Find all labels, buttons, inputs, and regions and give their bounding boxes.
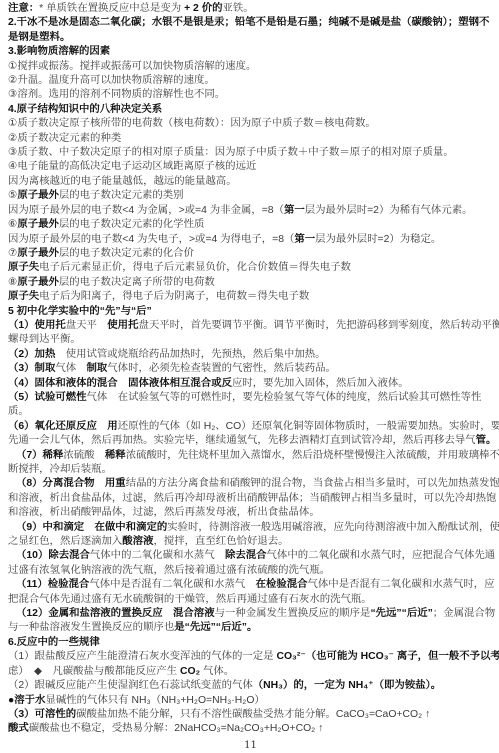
text-run: 亚铁。	[222, 3, 253, 14]
text-line: （5）试验可燃性气体 在试验氢气等的可燃性时，要先检验氢气等气体的纯度，然后试验…	[8, 391, 493, 405]
text-line: （3）制取气体 制取气体时，必须先检查装置的气密性，然后装药品。	[8, 362, 493, 376]
text-run: 质。	[8, 406, 29, 417]
text-run: 酸溶液	[122, 536, 153, 547]
text-run: 因为原子最外层的电子数<4 为金属，>或=4 为非金属，=8（	[8, 205, 284, 216]
text-run: 还原性的气体（如 H₂、CO）还原氧化铜等固体物质时，一般需要加热。实验时，要	[118, 421, 499, 432]
text-run: 4.原子结构知识中的八种决定关系	[8, 104, 162, 115]
text-run: 5 初中化学实验中的“先”与“后”	[8, 306, 152, 317]
text-run: ③溶剂。选用的溶剂不同物质的溶解性也不同。	[8, 89, 225, 100]
text-run: 电子后元素显正价，得电子后元素显负价，化合价数值＝得失电子数	[39, 262, 351, 273]
text-run: * 单质铁在置换反应中总是变为	[39, 3, 184, 14]
text-run: 混合溶液	[173, 608, 215, 619]
text-run: 浓硫酸时，先往烧杯里加入蒸馏水，然后沿烧杯壁慢慢注入浓硫酸，并用玻璃棒不	[126, 450, 499, 461]
text-run: 浓硫酸	[63, 450, 105, 461]
text-run: 断搅拌，冷却后装瓶。	[8, 464, 112, 475]
text-line: 螺母到达平衡。	[8, 333, 493, 347]
text-run: 3.影响物质溶解的因素	[8, 46, 110, 57]
text-line: ⑥原子最外层的电子数决定元素的化学性质	[8, 218, 493, 232]
text-run: ②质子数决定元素的种类	[8, 133, 121, 144]
text-run: （12）金属和盐溶液的置换反应	[16, 608, 163, 619]
text-run: 层的电子数决定元素的化学性质	[59, 219, 204, 230]
text-line: 6.反应中的一些规律	[8, 636, 493, 650]
text-run: 原子最外	[17, 219, 59, 230]
text-run: 因为离核越近的电子能量越低，越远的能量越高。	[8, 176, 237, 187]
text-line: （3）可溶性的碳酸盐加热不能分解，只有不溶性碳酸盐受热才能分解。CaCO₃=Ca…	[8, 708, 493, 722]
text-run: 管。	[476, 435, 497, 446]
text-run: 使用试管或烧瓶给药品加热时，先预热，然后集中加热。	[55, 349, 325, 360]
text-line: 和溶液，析出硝酸钾晶体，过滤，然后再蒸发母液，析出食盐晶体。	[8, 506, 493, 520]
text-run: 和溶液，析出硝酸钾晶体，过滤，然后再蒸发母液，析出食盐晶体。	[8, 507, 320, 518]
text-run: + 2 价的	[184, 3, 222, 14]
text-run: 第一	[284, 205, 305, 216]
text-line: 过盛有浓氢氧化钠溶液的洗气瓶，然后接着通过盛有浓硫酸的洗气瓶。	[8, 564, 493, 578]
text-run: 使用托	[107, 320, 138, 331]
text-run: （3）可溶性的	[8, 709, 76, 720]
text-run: 第一	[294, 234, 315, 245]
text-run: 原子失	[8, 291, 39, 302]
text-run: 原子失	[8, 262, 39, 273]
text-line: （2）跟碱反应能产生使湿润红色石蕊试纸变蓝的气体（NH₃）的，一定为 NH₄⁺（…	[8, 679, 493, 693]
text-run: 和溶液，析出食盐晶体，过滤，然后再冷却母液析出硝酸钾晶体；当硝酸钾占相当多量时，…	[8, 493, 496, 504]
text-run: 层的电子数决定元素的化合价	[59, 248, 194, 259]
text-run: （NH₃）的，一定为 NH₄⁺（即为铵盐）。	[253, 680, 441, 691]
text-run: 层为最外层时=2）为稀有气体元素。	[305, 205, 473, 216]
text-line: （1）使用托盘天平 使用托盘天平时，首先要调节平衡。调节平衡时，先把游码移到零刻…	[8, 319, 493, 333]
text-run: 因为原子最外层的电子数<4 为失电子，>或=4 为得电子，=8（	[8, 234, 294, 245]
text-run: 结晶的方法分离食盐和硝酸钾的混合物，当食盐占相当多量时，可以先加热蒸发饱	[126, 478, 499, 489]
text-run: 先通一会儿气体，然后再加热。实验完毕，继续通氢气，先移去酒精灯直到试管冷却，然后…	[8, 435, 476, 446]
text-run: （5）试验可燃性	[8, 392, 87, 403]
text-run: （8）分离混合物	[16, 478, 95, 489]
text-line: 因为原子最外层的电子数<4 为失电子，>或=4 为得电子，=8（第一层为最外层时…	[8, 233, 493, 247]
text-run: 固体液体相互混合或反	[128, 378, 232, 389]
text-run: 之显红色，然后逐滴加入	[8, 536, 122, 547]
text-line: ③质子数、中子数决定原子的相对原子质量：因为原子中质子数＋中子数＝原子的相对原子…	[8, 146, 493, 160]
text-run: 酸式	[8, 723, 29, 734]
text-run: 除去混合	[225, 550, 267, 561]
text-run: ④电子能量的高低决定电子运动区域距离原子核的远近	[8, 161, 256, 172]
text-line: 5 初中化学实验中的“先”与“后”	[8, 305, 493, 319]
text-run: 显碱性的气体只有 NH₃（NH₃+H₂O=NH₃·H₂O）	[45, 695, 264, 706]
text-run: ①质子数决定原子核所带的电荷数（核电荷数）：因为原子中质子数＝核电荷数。	[8, 118, 376, 129]
text-line: 把混合气体先通过盛有无水硫酸铜的干燥管，然后再通过盛有石灰水的洗气瓶。	[8, 593, 493, 607]
text-run: （1）使用托	[8, 320, 66, 331]
text-run: 层的电子数决定离子所带的电荷数	[59, 277, 215, 288]
text-line: 虑） ◆ 凡碳酸盐与酸都能反应产生 CO₂ 气体。	[8, 665, 493, 679]
text-line: （10）除去混合气体中的二氧化碳和水蒸气 除去混合气体中的二氧化碳和水蒸气时，应…	[8, 549, 493, 563]
text-line: （2）加热 使用试管或烧瓶给药品加热时，先预热，然后集中加热。	[8, 348, 493, 362]
text-line: 原子失电子后为阳离子，得电子后为阴离子，电荷数＝得失电子数	[8, 290, 493, 304]
text-run: ，搅拌，直至红色恰好退去。	[153, 536, 288, 547]
text-line: 之显红色，然后逐滴加入酸溶液，搅拌，直至红色恰好退去。	[8, 535, 493, 549]
text-run: 注意：	[8, 3, 39, 14]
text-line: ③溶剂。选用的溶剂不同物质的溶解性也不同。	[8, 88, 493, 102]
text-run: 层为最外层时=2）为稳定。	[315, 234, 441, 245]
text-run: ⑦	[8, 248, 17, 259]
text-run: 实验时，待测溶液一般选用碱溶液，应先向待测溶液中加入酚酞试剂，使	[167, 522, 499, 533]
text-line: 注意：* 单质铁在置换反应中总是变为 + 2 价的亚铁。	[8, 2, 493, 16]
text-run: 与一种盐溶液发生置换反应的顺序也	[8, 622, 174, 633]
text-run: ③质子数、中子数决定原子的相对原子质量：因为原子中质子数＋中子数＝原子的相对原子…	[8, 147, 454, 158]
text-run: 原子最外	[17, 277, 59, 288]
text-run: 螺母到达平衡。	[8, 334, 81, 345]
text-run: 气体中是否混有二氧化碳和水蒸气	[89, 579, 255, 590]
text-run	[95, 478, 105, 489]
text-line: 4.原子结构知识中的八种决定关系	[8, 103, 493, 117]
text-line: ②质子数决定元素的种类	[8, 132, 493, 146]
text-line: ⑤原子最外层的电子数决定元素的类别	[8, 189, 493, 203]
text-run: ●溶于水	[8, 695, 45, 706]
text-run	[97, 421, 107, 432]
text-line: （8）分离混合物 用重结晶的方法分离食盐和硝酸钾的混合物，当食盐占相当多量时，可…	[8, 477, 493, 491]
text-line: 先通一会儿气体，然后再加热。实验完毕，继续通氢气，先移去酒精灯直到试管冷却，然后…	[8, 434, 493, 448]
text-line: ①搅拌或振荡。搅拌或振荡可以加快物质溶解的速度。	[8, 60, 493, 74]
text-run: （6）氧化还原反应	[8, 421, 97, 432]
text-line: 和溶液，析出食盐晶体，过滤，然后再冷却母液析出硝酸钾晶体；当硝酸钾占相当多量时，…	[8, 492, 493, 506]
text-run: “先远”“后近”	[370, 608, 432, 619]
text-run: （2）加热	[8, 349, 55, 360]
text-run: 气体中是否混有二氧化碳和水蒸气时，应	[308, 579, 495, 590]
text-line: 是钢是塑料。	[8, 31, 493, 45]
text-line: ①质子数决定原子核所带的电荷数（核电荷数）：因为原子中质子数＝核电荷数。	[8, 117, 493, 131]
text-line: 因为原子最外层的电子数<4 为金属，>或=4 为非金属，=8（第一层为最外层时=…	[8, 204, 493, 218]
text-run: 气体 在试验氢气等的可燃性时，要先检验氢气等气体的纯度，然后试验其可燃性等性	[87, 392, 482, 403]
text-line: ⑧原子最外层的电子数决定离子所带的电荷数	[8, 276, 493, 290]
text-run: CO₃²⁻（也可能为 HCO₃⁻ 离子，但一般不予以考	[276, 651, 499, 662]
text-run: 把混合气体先通过盛有无水硫酸铜的干燥管，然后再通过盛有石灰水的洗气瓶。	[8, 594, 372, 605]
text-run: 原子最外	[17, 190, 59, 201]
text-run: 应时，要先加入固体，然后加入液体。	[232, 378, 409, 389]
text-run: （11）检验混合	[16, 579, 89, 590]
text-run: 用重	[105, 478, 126, 489]
text-line: 断搅拌，冷却后装瓶。	[8, 463, 493, 477]
text-run	[163, 608, 173, 619]
text-run: 6.反应中的一些规律	[8, 637, 100, 648]
text-run: ；金属混合物	[433, 608, 495, 619]
text-run: 层的电子数决定元素的类别	[59, 190, 184, 201]
text-run: （3）制取	[8, 363, 55, 374]
page-number: 11	[8, 739, 493, 753]
text-run: ⑥	[8, 219, 17, 230]
text-run	[84, 522, 94, 533]
text-line: （7）稀释浓硫酸 稀释浓硫酸时，先往烧杯里加入蒸馏水，然后沿烧杯壁慢慢注入浓硫酸…	[8, 449, 493, 463]
text-line: 因为离核越近的电子能量越低，越远的能量越高。	[8, 175, 493, 189]
text-run	[118, 378, 128, 389]
text-line: （6）氧化还原反应 用还原性的气体（如 H₂、CO）还原氧化铜等固体物质时，一般…	[8, 420, 493, 434]
text-line: （1）跟盐酸反应产生能澄清石灰水变浑浊的气体的一定是 CO₃²⁻（也可能为 HC…	[8, 650, 493, 664]
text-run: 2.干冰不是冰是固态二氧化碳；水银不是银是汞；铅笔不是铅是石墨；纯碱不是碱是盐（…	[8, 17, 489, 28]
text-run: （1）跟盐酸反应产生能澄清石灰水变浑浊的气体的一定是	[8, 651, 276, 662]
text-run: （9）中和滴定	[16, 522, 84, 533]
text-run: ②升温。温度升高可以加快物质溶解的速度。	[8, 75, 215, 86]
text-run: 气体时，必须先检查装置的气密性，然后装药品。	[107, 363, 336, 374]
text-line: 3.影响物质溶解的因素	[8, 45, 493, 59]
text-run: （7）稀释	[16, 450, 63, 461]
text-line: （9）中和滴定 在做中和滴定的实验时，待测溶液一般选用碱溶液，应先向待测溶液中加…	[8, 521, 493, 535]
text-run: 原子最外	[17, 248, 59, 259]
text-line: （12）金属和盐溶液的置换反应 混合溶液与一种金属发生置换反应的顺序是“先远”“…	[8, 607, 493, 621]
text-run: 虑） ◆ 凡碳酸盐与酸都能反应产生	[8, 666, 180, 677]
text-run: ⑤	[8, 190, 17, 201]
text-line: 原子失电子后元素显正价，得电子后元素显负价，化合价数值＝得失电子数	[8, 261, 493, 275]
text-run: 是钢是塑料。	[8, 32, 70, 43]
text-run: 是“先远”“后近”。	[174, 622, 257, 633]
text-line: 酸式碳酸盐也不稳定，受热易分解：2NaHCO₃=Na₂CO₃+H₂O+CO₂ ↑	[8, 722, 493, 736]
text-run: 稀释	[105, 450, 126, 461]
text-run: 碳酸盐也不稳定，受热易分解：2NaHCO₃=Na₂CO₃+H₂O+CO₂ ↑	[29, 723, 324, 734]
text-run: 电子后为阳离子，得电子后为阴离子，电荷数＝得失电子数	[39, 291, 309, 302]
text-line: 与一种盐溶液发生置换反应的顺序也是“先远”“后近”。	[8, 621, 493, 635]
text-run: 在检验混合	[256, 579, 308, 590]
text-line: ④电子能量的高低决定电子运动区域距离原子核的远近	[8, 160, 493, 174]
document-page: 注意：* 单质铁在置换反应中总是变为 + 2 价的亚铁。2.干冰不是冰是固态二氧…	[0, 0, 499, 753]
text-run: ①搅拌或振荡。搅拌或振荡可以加快物质溶解的速度。	[8, 61, 256, 72]
text-run: 在做中和滴定的	[95, 522, 168, 533]
text-run: 过盛有浓氢氧化钠溶液的洗气瓶，然后接着通过盛有浓硫酸的洗气瓶。	[8, 565, 330, 576]
text-run: 盘天平时，首先要调节平衡。调节平衡时，先把游码移到零刻度，然后转动平衡	[138, 320, 499, 331]
text-run: 碳酸盐加热不能分解，只有不溶性碳酸盐受热才能分解。CaCO₃=CaO+CO₂ ↑	[76, 709, 430, 720]
text-line: ⑦原子最外层的电子数决定元素的化合价	[8, 247, 493, 261]
text-run: （2）跟碱反应能产生使湿润红色石蕊试纸变蓝的气体	[8, 680, 253, 691]
text-run: 气体	[55, 363, 86, 374]
text-run: ⑧	[8, 277, 17, 288]
text-line: ●溶于水显碱性的气体只有 NH₃（NH₃+H₂O=NH₃·H₂O）	[8, 694, 493, 708]
text-run: 气体中的二氧化碳和水蒸气时，应把混合气体先通	[267, 550, 496, 561]
text-run: 用	[107, 421, 117, 432]
text-run: （10）除去混合	[16, 550, 90, 561]
text-line: （4）固体和液体的混合 固体液体相互混合或反应时，要先加入固体，然后加入液体。	[8, 377, 493, 391]
text-run: 与一种金属发生置换反应的顺序是	[215, 608, 371, 619]
text-line: （11）检验混合气体中是否混有二氧化碳和水蒸气 在检验混合气体中是否混有二氧化碳…	[8, 578, 493, 592]
text-run: 气体。	[203, 666, 234, 677]
text-run: CO₂	[180, 666, 203, 677]
text-line: ②升温。温度升高可以加快物质溶解的速度。	[8, 74, 493, 88]
text-line: 2.干冰不是冰是固态二氧化碳；水银不是银是汞；铅笔不是铅是石墨；纯碱不是碱是盐（…	[8, 16, 493, 30]
document-body: 注意：* 单质铁在置换反应中总是变为 + 2 价的亚铁。2.干冰不是冰是固态二氧…	[8, 2, 493, 737]
text-run: 制取	[87, 363, 108, 374]
text-line: 质。	[8, 405, 493, 419]
text-run: （4）固体和液体的混合	[8, 378, 118, 389]
text-run: 盘天平	[66, 320, 108, 331]
text-run: 气体中的二氧化碳和水蒸气	[90, 550, 225, 561]
